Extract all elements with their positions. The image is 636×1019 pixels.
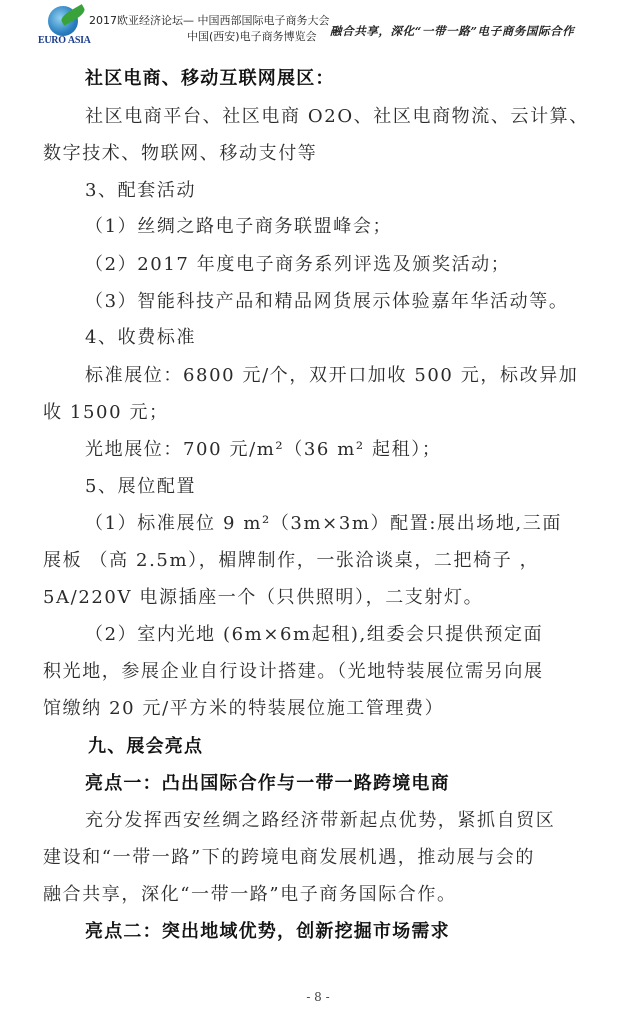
list-item: （2）2017 年度电子商务系列评选及颁奖活动； <box>85 250 510 276</box>
paragraph-line: 积光地，参展企业自行设计搭建。（光地特装展位需另向展 <box>43 657 544 683</box>
page-number: - 8 - <box>0 990 636 1004</box>
subsection-heading-fees: 4、收费标准 <box>85 323 196 349</box>
subsection-heading-booth-config: 5、展位配置 <box>85 472 196 498</box>
paragraph-line: 标准展位：6800 元/个，双开口加收 500 元，标改异加 <box>85 361 578 387</box>
page-header: EURO ASIA 2017欧亚经济论坛— 中国西部国际电子商务大会 中国(西安… <box>0 0 636 50</box>
header-title-line1: 2017欧亚经济论坛— 中国西部国际电子商务大会 <box>89 12 330 28</box>
paragraph-line: 收 1500 元； <box>43 398 169 424</box>
paragraph-line: 建设和“一带一路”下的跨境电商发展机遇，推动展与会的 <box>43 843 535 869</box>
paragraph-line: 社区电商平台、社区电商 O2O、社区电商物流、云计算、 <box>85 102 589 128</box>
paragraph-line: 充分发挥西安丝绸之路经济带新起点优势，紧抓自贸区 <box>85 806 555 832</box>
highlight-heading-1: 亮点一：凸出国际合作与一带一路跨境电商 <box>85 769 450 795</box>
header-title-line2: 中国(西安)电子商务博览会 <box>187 28 317 44</box>
paragraph-line: 展板 （高 2.5m），楣牌制作，一张洽谈桌，二把椅子 ， <box>43 546 539 572</box>
subsection-heading-activities: 3、配套活动 <box>85 176 196 202</box>
logo-asia: ASIA <box>68 35 91 46</box>
highlight-heading-2: 亮点二：突出地域优势，创新挖掘市场需求 <box>85 917 450 943</box>
header-slogan: 融合共享，深化“一带一路”电子商务国际合作 <box>330 23 574 39</box>
paragraph-line: 5A/220V 电源插座一个（只供照明），二支射灯。 <box>43 583 483 609</box>
logo-brand-text: EURO ASIA <box>38 35 91 46</box>
paragraph-line: 馆缴纳 20 元/平方米的特装展位施工管理费） <box>43 694 444 720</box>
list-item: （1）丝绸之路电子商务联盟峰会； <box>85 212 392 238</box>
section-heading-community-ecommerce: 社区电商、移动互联网展区： <box>85 64 335 90</box>
logo-euro: EURO <box>38 35 66 46</box>
section-heading-highlights: 九、展会亮点 <box>88 732 203 758</box>
paragraph-line: 光地展位：700 元/m²（36 m² 起租）； <box>85 435 441 461</box>
euro-asia-logo: EURO ASIA <box>38 6 88 46</box>
paragraph-line: （2）室内光地 (6m×6m起租),组委会只提供预定面 <box>85 620 543 646</box>
paragraph-line: 数字技术、物联网、移动支付等 <box>43 139 317 165</box>
paragraph-line: 融合共享，深化“一带一路”电子商务国际合作。 <box>43 880 457 906</box>
list-item: （3）智能科技产品和精品网货展示体验嘉年华活动等。 <box>85 287 568 313</box>
paragraph-line: （1）标准展位 9 m²（3m×3m）配置:展出场地,三面 <box>85 509 562 535</box>
